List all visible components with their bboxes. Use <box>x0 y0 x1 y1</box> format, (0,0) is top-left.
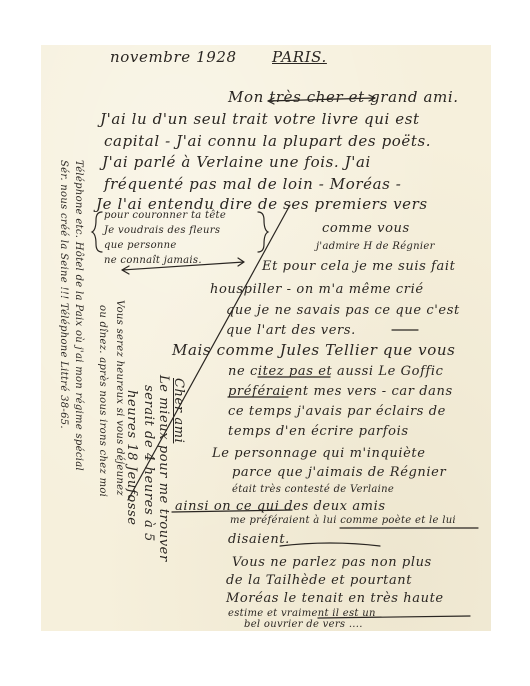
margin-note-heading: Cher ami <box>172 378 185 443</box>
body-line: que l'art des vers. <box>226 324 356 337</box>
letter-date: novembre 1928 <box>110 50 237 65</box>
margin-note-outer-line: ou dînez. après nous irons chez moi <box>97 305 107 497</box>
body-line: J'ai lu d'un seul trait votre livre qui … <box>100 112 420 127</box>
margin-note-outer-line: Téléphone etc. Hôtel de la Paix où j'ai … <box>73 160 83 471</box>
body-line: me préféraient à lui comme poète et le l… <box>230 516 456 526</box>
right-insert-line: comme vous <box>322 222 410 235</box>
letter-place: PARIS. <box>272 50 327 65</box>
body-line: Mais comme Jules Tellier que vous <box>172 343 455 358</box>
body-line: ce temps j'avais par éclairs de <box>228 405 446 418</box>
body-line: fréquenté pas mal de loin - Moréas - <box>104 177 401 192</box>
insert-line: ne connaît jamais. <box>104 256 202 266</box>
body-line: ainsi on ce qui des deux amis <box>175 500 386 513</box>
closing-line: Vous ne parlez pas non plus <box>232 556 432 569</box>
body-line: était très contesté de Verlaine <box>232 485 394 495</box>
body-line: parce que j'aimais de Régnier <box>232 466 446 479</box>
insert-line: pour couronner ta tête <box>104 211 226 221</box>
body-line: capital - J'ai connu la plupart des poët… <box>104 134 431 149</box>
body-line: ne citez pas et aussi Le Goffic <box>228 365 444 378</box>
insert-line: Je voudrais des fleurs <box>104 226 220 236</box>
margin-note-line: serait de 4 heures à 5 <box>142 385 155 542</box>
body-line: disaient. <box>228 533 290 546</box>
closing-line: bel ouvrier de vers .... <box>244 620 363 630</box>
margin-note-outer-line: Sér. nous créé la Seine !!! Téléphone Li… <box>58 160 68 429</box>
margin-note-line: Le mieux pour me trouver <box>157 375 170 562</box>
closing-line: Moréas le tenait en très haute <box>226 592 444 605</box>
margin-note-line: heures 18 Jeufosse <box>125 390 138 526</box>
closing-line: estime et vraiment il est un <box>228 609 376 619</box>
body-line: Le personnage qui m'inquiète <box>212 447 426 460</box>
salutation: Mon très cher et grand ami. <box>228 90 459 105</box>
body-line: temps d'en écrire parfois <box>228 425 409 438</box>
body-line: que je ne savais pas ce que c'est <box>226 304 460 317</box>
right-insert-line: j'admire H de Régnier <box>316 242 435 252</box>
body-line: houspiller - on m'a même crié <box>210 283 424 296</box>
closing-line: de la Tailhède et pourtant <box>226 574 412 587</box>
body-line: J'ai parlé à Verlaine une fois. J'ai <box>102 155 371 170</box>
body-line: Et pour cela je me suis fait <box>262 260 456 273</box>
margin-note-outer-line: Vous serez heureux si vous déjeunez <box>114 300 124 496</box>
body-line: préféraient mes vers - car dans <box>228 385 453 398</box>
insert-line: que personne <box>104 241 177 251</box>
